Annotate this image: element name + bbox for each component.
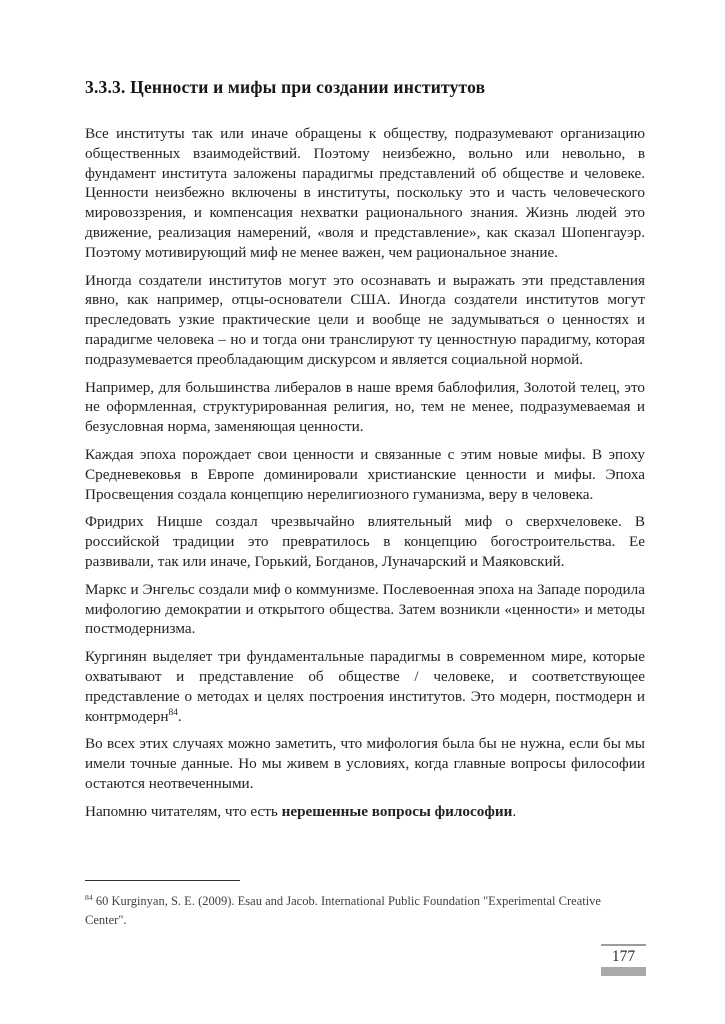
text-run: Маркс и Энгельс создали миф о коммунизме…: [85, 581, 645, 638]
footer-bottom-bar: [601, 967, 646, 976]
paragraph: Все институты так или иначе обращены к о…: [85, 124, 645, 263]
section-heading: 3.3.3. Ценности и мифы при создании инст…: [85, 76, 645, 98]
paragraph: Кургинян выделяет три фундаментальные па…: [85, 647, 645, 726]
footnote-marker: 84: [85, 893, 93, 902]
bold-text: нерешенные вопросы философии: [282, 803, 513, 820]
paragraph: Например, для большинства либералов в на…: [85, 378, 645, 437]
paragraph: Напомню читателям, что есть нерешенные в…: [85, 802, 645, 822]
text-run: Все институты так или иначе обращены к о…: [85, 125, 645, 261]
text-run: .: [512, 803, 516, 820]
paragraph: Каждая эпоха порождает свои ценности и с…: [85, 445, 645, 504]
text-run: .: [178, 708, 182, 725]
footnote: 84 60 Kurginyan, S. E. (2009). Esau and …: [85, 880, 645, 930]
body-text: Все институты так или иначе обращены к о…: [85, 124, 645, 822]
paragraph: Маркс и Энгельс создали миф о коммунизме…: [85, 580, 645, 639]
text-run: Во всех этих случаях можно заметить, что…: [85, 735, 645, 792]
text-run: Напомню читателям, что есть: [85, 803, 282, 820]
text-run: Например, для большинства либералов в на…: [85, 379, 645, 436]
text-run: Иногда создатели институтов могут это ос…: [85, 272, 645, 368]
footnote-reference: 84: [168, 707, 177, 717]
footnote-text: 84 60 Kurginyan, S. E. (2009). Esau and …: [85, 892, 645, 930]
paragraph: Иногда создатели институтов могут это ос…: [85, 271, 645, 370]
footnote-divider: [85, 880, 240, 881]
text-run: Каждая эпоха порождает свои ценности и с…: [85, 446, 645, 503]
page-content: 3.3.3. Ценности и мифы при создании инст…: [85, 76, 645, 830]
text-run: Фридрих Ницше создал чрезвычайно влиятел…: [85, 513, 645, 570]
footnote-body: 60 Kurginyan, S. E. (2009). Esau and Jac…: [85, 894, 601, 927]
paragraph: Фридрих Ницше создал чрезвычайно влиятел…: [85, 512, 645, 571]
document-page: 3.3.3. Ценности и мифы при создании инст…: [0, 0, 725, 1024]
paragraph: Во всех этих случаях можно заметить, что…: [85, 734, 645, 793]
page-number: 177: [601, 946, 646, 967]
page-footer: 177: [601, 944, 646, 976]
